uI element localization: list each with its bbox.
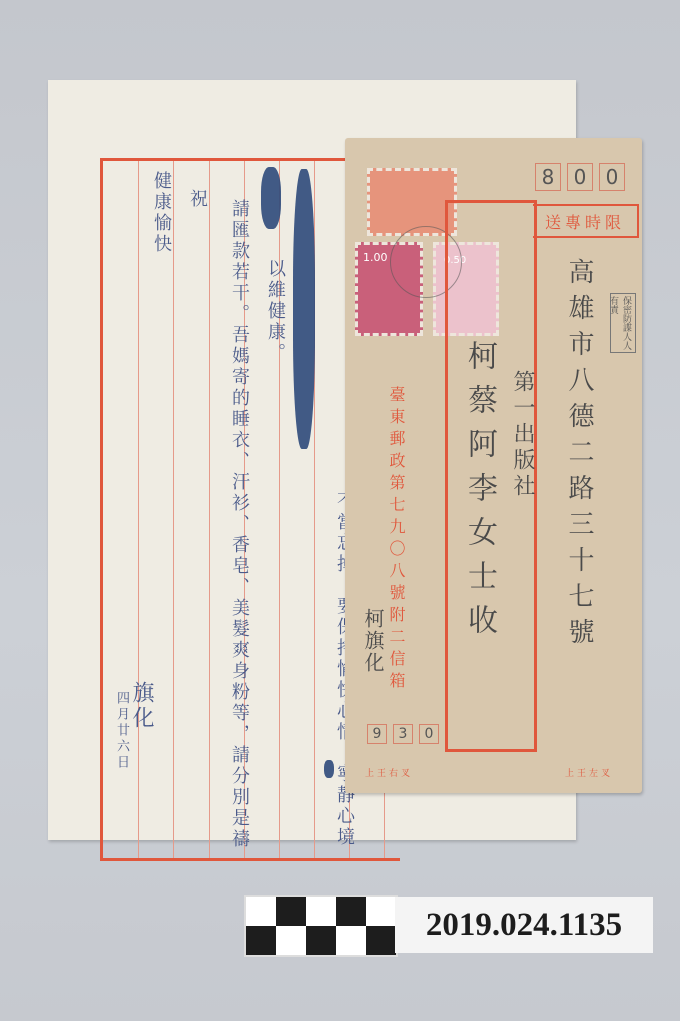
letter-line-4: 請匯款若干。吾媽寄的睡衣、汗衫、香皂、美髮爽身粉等，請分別是禱 — [227, 199, 251, 850]
color-scale-checkerboard — [244, 895, 398, 957]
sender-postal-code: 9 3 0 — [367, 724, 439, 744]
letter-line-5: 祝 — [185, 189, 209, 210]
ink-blot — [324, 760, 334, 778]
scribbled-out-text — [261, 167, 281, 229]
sender-name: 柯旗化 — [359, 608, 388, 674]
recipient-name: 柯蔡阿李女士收 — [457, 340, 501, 648]
recipient-organization: 第一出版社 — [507, 370, 538, 500]
stamp-red — [367, 168, 457, 236]
letter-signature: 旗化 — [129, 681, 153, 731]
certificate-stamp: 保密防諜人人有責 — [610, 293, 636, 353]
envelope-footer-right: 上王左叉 — [565, 766, 613, 779]
letter-date: 四月廿六日 — [105, 691, 129, 771]
letter-line-6: 健康愉快 — [149, 171, 173, 255]
express-delivery-label: 限時專送 — [533, 204, 639, 238]
envelope-footer-left: 上王右叉 — [365, 766, 413, 779]
scribbled-out-text — [293, 169, 315, 449]
accession-number-label: 2019.024.1135 — [395, 897, 653, 953]
recipient-postal-code: 8 0 0 — [535, 163, 625, 191]
letter-line-3: 以維健康。 — [263, 259, 287, 364]
recipient-address: 高雄市八德二路三十七號 — [561, 258, 598, 654]
envelope: 8 0 0 限時專送 1.00 0.50 保密防諜人人有責 高雄市八德二路三十七… — [345, 138, 642, 793]
return-address: 臺東郵政第七九〇八號附二信箱 — [385, 386, 408, 694]
